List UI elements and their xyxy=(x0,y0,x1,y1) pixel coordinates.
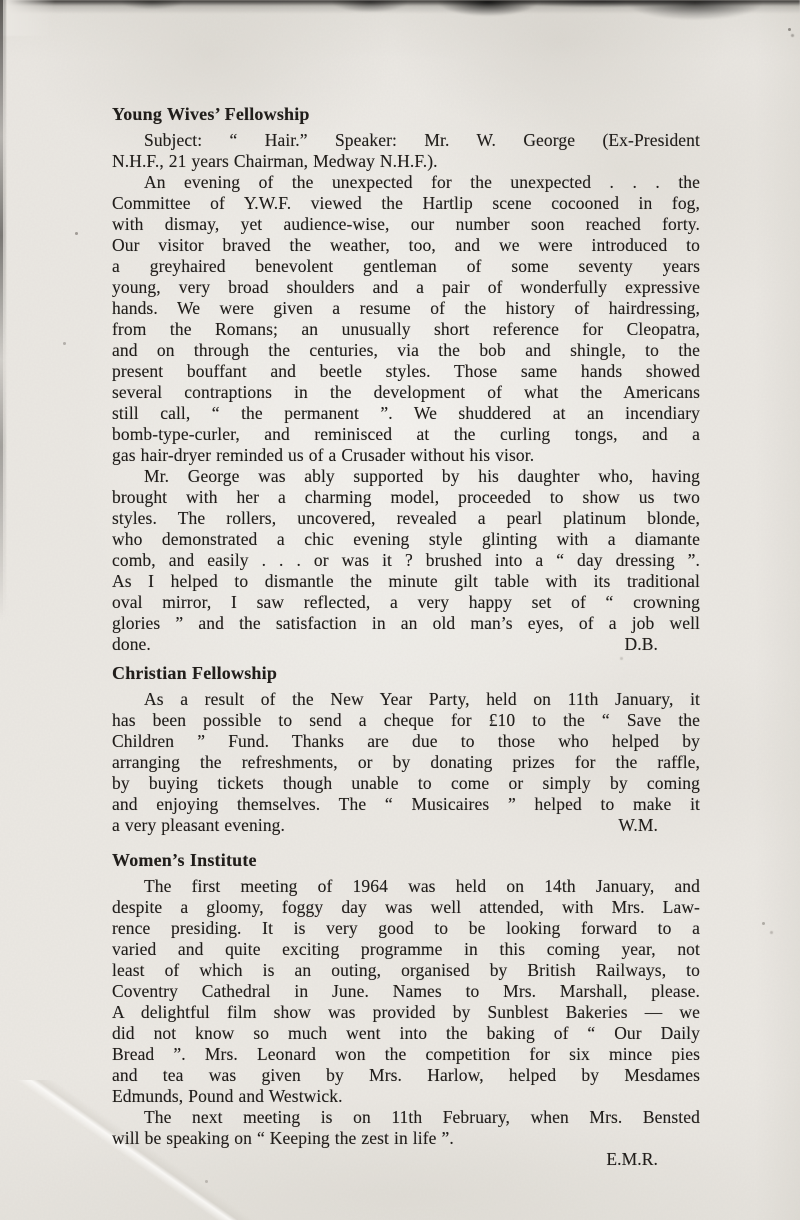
text-line: rence presiding. It is very good to be l… xyxy=(112,918,700,939)
paragraph: As a result of the New Year Party, held … xyxy=(112,689,700,836)
text-line-content: varied and quite exciting programme in t… xyxy=(112,939,700,959)
text-line-content: comb, and easily . . . or was it ? brush… xyxy=(112,550,700,570)
text-line-content: hands. We were given a resume of the his… xyxy=(112,298,700,318)
text-line: bomb-type-curler, and reminisced at the … xyxy=(112,424,700,445)
text-line: Subject: “ Hair.” Speaker: Mr. W. George… xyxy=(112,130,700,151)
text-line-content: least of which is an outing, organised b… xyxy=(112,960,700,980)
author-initials: D.B. xyxy=(625,634,658,655)
text-line-content: An evening of the unexpected for the une… xyxy=(144,172,700,192)
text-line: brought with her a charming model, proce… xyxy=(112,487,700,508)
text-line-content: who demonstrated a chic evening style gl… xyxy=(112,529,700,549)
text-line-content: done. xyxy=(112,634,151,654)
text-line-content: still call, “ the permanent ”. We shudde… xyxy=(112,403,700,423)
text-line: from the Romans; an unusually short refe… xyxy=(112,319,700,340)
section-womens-institute: Women’s InstituteThe first meeting of 19… xyxy=(112,850,700,1170)
text-line-content: with dismay, yet audience-wise, our numb… xyxy=(112,214,700,234)
text-line: and enjoying themselves. The “ Musicaire… xyxy=(112,794,700,815)
text-line-content: a very pleasant evening. xyxy=(112,815,285,835)
section-heading: Young Wives’ Fellowship xyxy=(112,104,700,125)
text-line: varied and quite exciting programme in t… xyxy=(112,939,700,960)
text-line: As I helped to dismantle the minute gilt… xyxy=(112,571,700,592)
text-line-content: As I helped to dismantle the minute gilt… xyxy=(112,571,700,591)
text-line: A delightful film show was provided by S… xyxy=(112,1002,700,1023)
text-line: by buying tickets though unable to come … xyxy=(112,773,700,794)
text-line: Mr. George was ably supported by his dau… xyxy=(112,466,700,487)
text-line-content: by buying tickets though unable to come … xyxy=(112,773,700,793)
text-line-content: oval mirror, I saw reflected, a very hap… xyxy=(112,592,700,612)
text-line-content: young, very broad shoulders and a pair o… xyxy=(112,277,700,297)
text-line: has been possible to send a cheque for £… xyxy=(112,710,700,731)
text-line-content: and enjoying themselves. The “ Musicaire… xyxy=(112,794,700,814)
scan-left-edge-strip xyxy=(0,0,7,620)
text-line: and on through the centuries, via the bo… xyxy=(112,340,700,361)
text-line-content: a greyhaired benevolent gentleman of som… xyxy=(112,256,700,276)
text-line-content: Edmunds, Pound and Westwick. xyxy=(112,1086,343,1106)
text-line: young, very broad shoulders and a pair o… xyxy=(112,277,700,298)
text-line-content: The next meeting is on 11th February, wh… xyxy=(144,1107,700,1127)
text-line: and tea was given by Mrs. Harlow, helped… xyxy=(112,1065,700,1086)
paragraph: Mr. George was ably supported by his dau… xyxy=(112,466,700,655)
text-line-content: brought with her a charming model, proce… xyxy=(112,487,700,507)
text-line-content: As a result of the New Year Party, held … xyxy=(144,689,700,709)
text-line-content: N.H.F., 21 years Chairman, Medway N.H.F.… xyxy=(112,151,438,171)
text-line-content: Bread ”. Mrs. Leonard won the competitio… xyxy=(112,1044,700,1064)
ink-specks xyxy=(75,232,78,235)
text-line-content: Mr. George was ably supported by his dau… xyxy=(144,466,700,486)
text-line-content: Coventry Cathedral in June. Names to Mrs… xyxy=(112,981,700,1001)
text-line: oval mirror, I saw reflected, a very hap… xyxy=(112,592,700,613)
text-line-content: present bouffant and beetle styles. Thos… xyxy=(112,361,700,381)
text-line: a greyhaired benevolent gentleman of som… xyxy=(112,256,700,277)
section-christian-fellowship: Christian FellowshipAs a result of the N… xyxy=(112,663,700,836)
section-young-wives-fellowship: Young Wives’ FellowshipSubject: “ Hair.”… xyxy=(112,104,700,655)
text-line-content: arranging the refreshments, or by donati… xyxy=(112,752,700,772)
signature-line: E.M.R. xyxy=(112,1149,700,1170)
text-line: As a result of the New Year Party, held … xyxy=(112,689,700,710)
text-line: Coventry Cathedral in June. Names to Mrs… xyxy=(112,981,700,1002)
text-line-content: and tea was given by Mrs. Harlow, helped… xyxy=(112,1065,700,1085)
author-initials: E.M.R. xyxy=(606,1149,658,1170)
text-line: present bouffant and beetle styles. Thos… xyxy=(112,361,700,382)
section-heading: Christian Fellowship xyxy=(112,663,700,684)
text-line: with dismay, yet audience-wise, our numb… xyxy=(112,214,700,235)
text-line: arranging the refreshments, or by donati… xyxy=(112,752,700,773)
text-line-content: Children ” Fund. Thanks are due to those… xyxy=(112,731,700,751)
text-line: least of which is an outing, organised b… xyxy=(112,960,700,981)
text-line: Children ” Fund. Thanks are due to those… xyxy=(112,731,700,752)
text-line: An evening of the unexpected for the une… xyxy=(112,172,700,193)
text-line-content: Our visitor braved the weather, too, and… xyxy=(112,235,700,255)
text-line-content: rence presiding. It is very good to be l… xyxy=(112,918,700,938)
text-line-content: glories ” and the satisfaction in an old… xyxy=(112,613,700,633)
scan-top-edge-smudge xyxy=(0,0,800,36)
text-line: despite a gloomy, foggy day was well att… xyxy=(112,897,700,918)
text-line-content: despite a gloomy, foggy day was well att… xyxy=(112,897,700,917)
paragraph: The next meeting is on 11th February, wh… xyxy=(112,1107,700,1170)
text-line: gas hair-dryer reminded us of a Crusader… xyxy=(112,445,700,466)
text-line-content: several contraptions in the development … xyxy=(112,382,700,402)
text-line-content: and on through the centuries, via the bo… xyxy=(112,340,700,360)
text-line: several contraptions in the development … xyxy=(112,382,700,403)
paragraph: Subject: “ Hair.” Speaker: Mr. W. George… xyxy=(112,130,700,172)
text-line: The next meeting is on 11th February, wh… xyxy=(112,1107,700,1128)
text-line: Bread ”. Mrs. Leonard won the competitio… xyxy=(112,1044,700,1065)
text-line-content: bomb-type-curler, and reminisced at the … xyxy=(112,424,700,444)
text-line-content: did not know so much went into the bakin… xyxy=(112,1023,700,1043)
text-line: did not know so much went into the bakin… xyxy=(112,1023,700,1044)
text-line: Committee of Y.W.F. viewed the Hartlip s… xyxy=(112,193,700,214)
text-line-content: gas hair-dryer reminded us of a Crusader… xyxy=(112,445,534,465)
text-line-content: from the Romans; an unusually short refe… xyxy=(112,319,700,339)
text-line-content: A delightful film show was provided by S… xyxy=(112,1002,700,1022)
text-line: styles. The rollers, uncovered, revealed… xyxy=(112,508,700,529)
text-line: Edmunds, Pound and Westwick. xyxy=(112,1086,700,1107)
text-line-content: will be speaking on “ Keeping the zest i… xyxy=(112,1128,454,1148)
text-line: hands. We were given a resume of the his… xyxy=(112,298,700,319)
page-content: Young Wives’ FellowshipSubject: “ Hair.”… xyxy=(112,104,700,1170)
text-line-content: styles. The rollers, uncovered, revealed… xyxy=(112,508,700,528)
text-line: a very pleasant evening.W.M. xyxy=(112,815,700,836)
text-line: Our visitor braved the weather, too, and… xyxy=(112,235,700,256)
text-line-content: The first meeting of 1964 was held on 14… xyxy=(144,876,700,896)
author-initials: W.M. xyxy=(618,815,658,836)
paragraph: An evening of the unexpected for the une… xyxy=(112,172,700,466)
text-line: still call, “ the permanent ”. We shudde… xyxy=(112,403,700,424)
text-line: N.H.F., 21 years Chairman, Medway N.H.F.… xyxy=(112,151,700,172)
text-line-content: Committee of Y.W.F. viewed the Hartlip s… xyxy=(112,193,700,213)
section-heading: Women’s Institute xyxy=(112,850,700,871)
text-line: glories ” and the satisfaction in an old… xyxy=(112,613,700,634)
paragraph: The first meeting of 1964 was held on 14… xyxy=(112,876,700,1107)
text-line: will be speaking on “ Keeping the zest i… xyxy=(112,1128,700,1149)
text-line: who demonstrated a chic evening style gl… xyxy=(112,529,700,550)
text-line-content: has been possible to send a cheque for £… xyxy=(112,710,700,730)
text-line-content: Subject: “ Hair.” Speaker: Mr. W. George… xyxy=(144,130,700,150)
text-line: The first meeting of 1964 was held on 14… xyxy=(112,876,700,897)
text-line: done.D.B. xyxy=(112,634,700,655)
text-line: comb, and easily . . . or was it ? brush… xyxy=(112,550,700,571)
